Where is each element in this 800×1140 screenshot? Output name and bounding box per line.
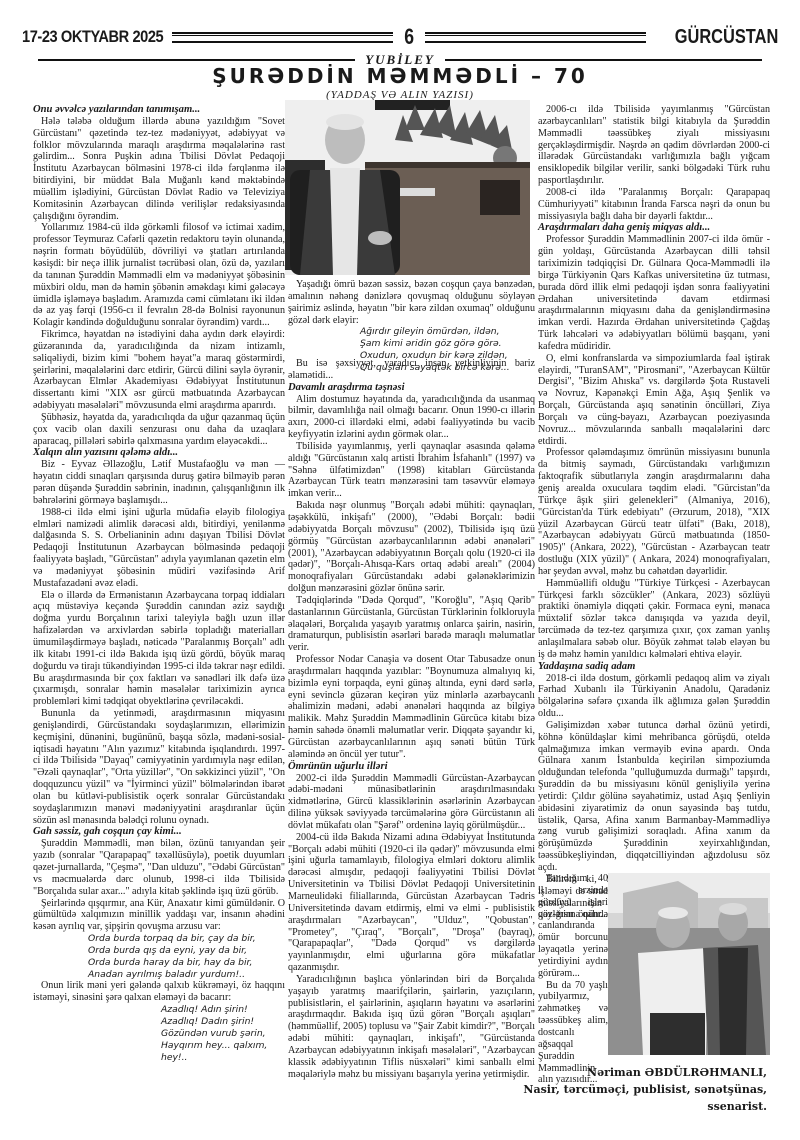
paragraph: Fikrimcə, həyatdan nə istədiyini daha ay… [33,329,285,412]
paragraph: Tədqiqlərində "Dədə Qorqud", "Koroğlu", … [288,595,535,654]
paragraph: Gəlişimizdən xəbər tutunca dərhal özünü … [538,720,770,874]
page-number: 6 [396,24,422,50]
paragraph: Hələ tələbə olduğum illərdə abunə yazıld… [33,116,285,223]
portrait-photo-illustration [285,100,530,275]
section-heading: Onu əvvəlcə yazılarından tanımışam... [33,104,285,116]
paragraph: Alim dostumuz həyatında da, yaradıcılığı… [288,394,535,441]
section-heading: Ömrünün uğurlu illəri [288,761,535,773]
article-headline: ŞURƏDDİN MƏMMƏDLİ – 70 [0,64,800,88]
rubric-rule-left [38,59,355,61]
author-title: Nasir, tərcüməçi, publisist, sənətşünas, [523,1081,767,1098]
paragraph: 2008-ci ildə "Paralanmış Borçalı: Qarapa… [538,187,770,223]
paragraph: Tanıdığım 40 il ərzində gördüyü işləri g… [538,873,608,980]
paragraph: Bakıda nəşr olunmuş "Borçalı ədəbi mühit… [288,500,535,595]
masthead-rule-left [172,32,393,43]
paragraph: Elə o illərdə də Ermənistanın Azərbaycan… [33,590,285,708]
two-men-photo [608,873,770,1055]
paragraph: Şübhəsiz, həyatda da, yaradıcılıqda da u… [33,412,285,448]
paragraph: Şeirlərində qışqırmır, ana Kür, Anaxatır… [33,898,285,934]
paragraph: Bu isə şəxsiyyət, yaradıcı insan yetkinl… [288,358,535,382]
paragraph: Bununla da yetinmədi, araşdırmasının miq… [33,708,285,826]
poem-line: Ağırdır gileyin ömürdən, ildən, [360,326,535,338]
paragraph: Tbilisidə yayımlanmış, yerli qaynaqlar ə… [288,441,535,500]
article-column-3: 2006-cı ildə Tbilisidə yayımlanmış "Gürc… [538,104,770,921]
poem-stanza: Orda burda torpaq da bir, çay da bir, Or… [33,933,285,980]
two-men-photo-illustration [608,873,770,1055]
poem-line: Gözündən vurub şərin, [161,1028,285,1040]
paragraph: Şurəddin Məmmədli, mən bilən, özünü tanı… [33,838,285,897]
article-column-1: Onu əvvəlcə yazılarından tanımışam... Hə… [33,104,285,1063]
article-column-2: Bu isə şəxsiyyət, yaradıcı insan yetkinl… [288,358,535,1080]
author-byline: Nəriman ƏBDÜLRƏHMANLI, Nasir, tərcüməçi,… [523,1064,767,1115]
paragraph: Yaradıcılığının başlıca yönlərindən biri… [288,974,535,1081]
rubric-rule-right [445,59,762,61]
section-heading: Davamlı araşdırma təşnəsi [288,382,535,394]
paragraph: 1988-ci ildə elmi işini uğurla müdafiə e… [33,507,285,590]
paragraph: O, elmi konfranslarda və simpoziumlarda … [538,353,770,448]
paragraph: Onun lirik məni yeri gələndə qalxıb kükr… [33,980,285,1004]
poem-line: Azadlıq! Adın şirin! [161,1004,285,1016]
poem-stanza: Azadlıq! Adın şirin! Azadlıq! Dadın şiri… [33,1004,285,1063]
paragraph: Professor Nodar Canaşia və dosent Otar T… [288,654,535,761]
poem-line: Orda burda torpaq da bir, çay da bir, [88,933,285,945]
paragraph: 2006-cı ildə Tbilisidə yayımlanmış "Gürc… [538,104,770,187]
page-masthead: 17-23 OKTYABR 2025 6 GÜRCÜSTAN [22,26,778,48]
paragraph: 2004-cü ildə Bakıda Nizami adına Ədəbiyy… [288,832,535,974]
section-heading: Araşdırmaları daha geniş miqyas aldı... [538,222,770,234]
photo-side-text: Tanıdığım 40 il ərzində gördüyü işləri g… [538,873,608,1086]
masthead-rule-right [425,32,646,43]
poem-line: Şam kimi əridin göz görə görə. [360,338,535,350]
poem-line: Anadan ayrılmış baladır yurdum!.. [88,969,285,981]
paragraph: Yaşadığı ömrü bəzən səssiz, bəzən coşqun… [288,279,535,326]
portrait-photo [285,100,530,275]
section-heading: Gah səssiz, gah coşqun çay kimi... [33,826,285,838]
paragraph: 2002-ci ildə Şurəddin Məmmədli Gürcüstan… [288,773,535,832]
section-heading: Yaddaşına sadiq adam [538,661,770,673]
issue-date: 17-23 OKTYABR 2025 [22,27,151,47]
author-title-cont: ssenarist. [523,1098,767,1115]
author-name: Nəriman ƏBDÜLRƏHMANLI, [523,1064,767,1081]
section-heading: Xalqın alın yazısını qələmə aldı... [33,447,285,459]
paragraph: Yollarımız 1984-cü ildə görkəmli filosof… [33,222,285,329]
paragraph: Həmmüəllifi olduğu "Türkiye Türkçesi - A… [538,578,770,661]
paragraph: Biz - Eyvaz Əlləzoğlu, Lətif Mustafaoğlu… [33,459,285,506]
newspaper-name: GÜRCÜSTAN [670,26,778,49]
paragraph: Professor qələmdaşımız ömrünün missiyası… [538,447,770,577]
paragraph: 2018-ci ildə dostum, görkəmli pedaqoq al… [538,673,770,720]
poem-line: Orda burda haray da bir, hay da bir, [88,957,285,969]
poem-line: Hayqırım hey... qalxım, hey!.. [161,1040,285,1064]
paragraph: Professor Şurəddin Məmmədlinin 2007-ci i… [538,234,770,352]
poem-line: Orda burda qış da eyni, yay da bir, [88,945,285,957]
poem-line: Azadlıq! Dadın şirin! [161,1016,285,1028]
